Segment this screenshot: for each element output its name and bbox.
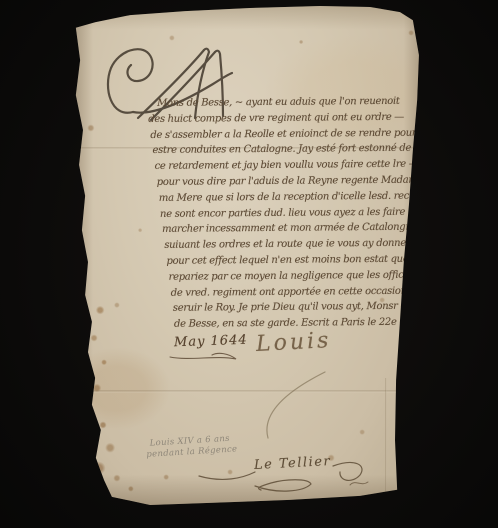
- manuscript-line: seruir le Roy. Je prie Dieu qu'il vous a…: [148, 299, 448, 317]
- royal-signature: Louis: [255, 328, 332, 357]
- fold-crease: [385, 378, 387, 500]
- photo-background: Mons de Besse, ~ ayant eu aduis que l'on…: [0, 0, 498, 528]
- manuscript-line: de vred. regiment ont apportée en cette …: [148, 283, 448, 301]
- date-underline-flourish: [168, 350, 242, 362]
- letter-body: Mons de Besse, ~ ayant eu aduis que l'on…: [146, 93, 448, 333]
- letter-date: May 1644: [174, 333, 248, 351]
- pencil-curve-mark: [255, 365, 335, 450]
- fold-crease: [75, 390, 418, 393]
- manuscript-line: repariez par ce moyen la negligence que …: [148, 267, 448, 285]
- ink-squiggle-mark: [348, 477, 370, 489]
- manuscript-paper: Mons de Besse, ~ ayant eu aduis que l'on…: [68, 4, 425, 510]
